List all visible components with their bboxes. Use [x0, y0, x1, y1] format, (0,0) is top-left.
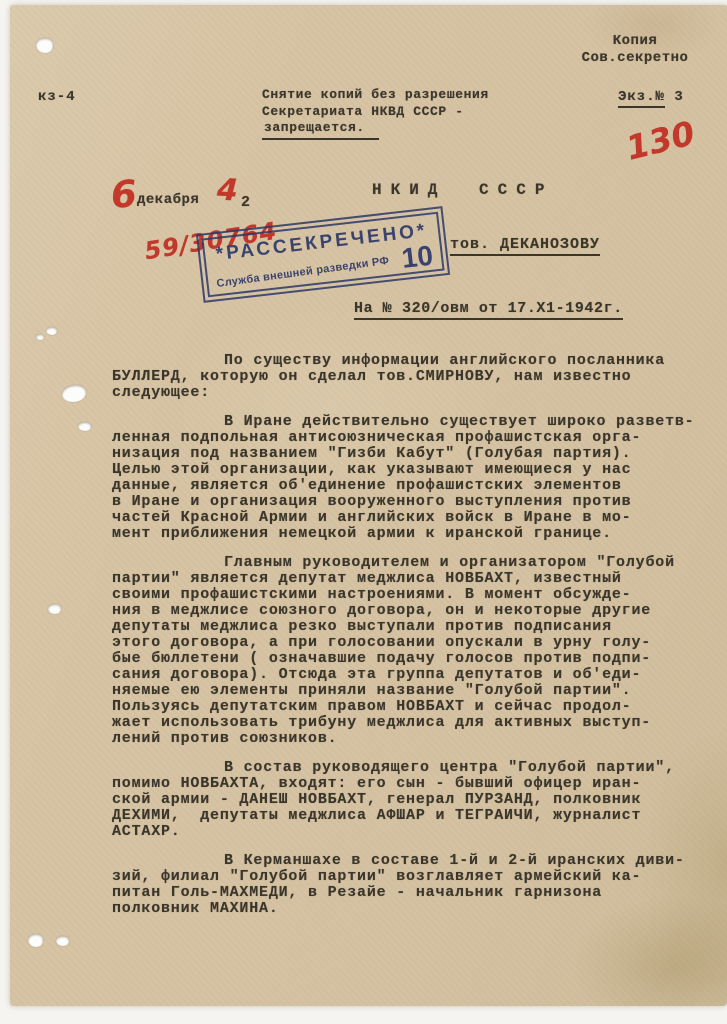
date-year-handwritten: 4 — [216, 172, 239, 208]
copy-label: Копия — [576, 33, 694, 50]
stamp-number: 10 — [401, 245, 434, 270]
declassified-stamp: *РАССЕКРЕЧЕНО* Служба внешней разведки Р… — [196, 206, 450, 303]
paragraph: В Иране действительно существует широко … — [112, 414, 692, 542]
paper-hole — [36, 334, 44, 340]
paper-hole — [56, 936, 69, 946]
paragraph: Главным руководителем и организатором "Г… — [112, 555, 692, 747]
paper-hole — [28, 934, 43, 947]
paper-hole — [46, 327, 57, 335]
addressee: тов. ДЕКАНОЗОВУ — [450, 236, 600, 256]
secrecy-label: Сов.секретно — [576, 50, 694, 67]
copy-number: Экз.№ 3 — [618, 89, 684, 108]
date-month: декабря — [137, 192, 199, 208]
paragraph: В состав руководящего центра "Голубой па… — [112, 760, 692, 840]
date-year-typed: 2 — [241, 194, 250, 211]
classification-block: Копия Сов.секретно — [576, 33, 694, 67]
notice-line: Снятие копий без разрешения — [262, 87, 489, 104]
corner-code: кз-4 — [38, 89, 76, 105]
copy-prohibition-notice: Снятие копий без разрешения Секретариата… — [262, 87, 489, 140]
reference-text: На № 320/овм от 17.X1-1942г. — [354, 300, 623, 320]
red-page-number: 130 — [622, 113, 698, 168]
notice-line: Секретариата НКВД СССР - — [262, 104, 489, 121]
copy-number-label: Экз.№ — [618, 89, 665, 108]
document-body: По существу информации английского посла… — [112, 353, 692, 930]
paper-hole — [48, 604, 61, 614]
paper-hole — [62, 385, 86, 402]
copy-number-value: 3 — [674, 89, 683, 105]
notice-line-underlined: запрещается. — [262, 120, 379, 140]
reference-line: На № 320/овм от 17.X1-1942г. — [354, 300, 623, 320]
paragraph: По существу информации английского посла… — [112, 353, 692, 401]
date-day-handwritten: 6 — [110, 172, 139, 217]
paper-hole — [36, 38, 53, 53]
paragraph: В Керманшахе в составе 1-й и 2-й ирански… — [112, 853, 692, 917]
addressee-text: тов. ДЕКАНОЗОВУ — [450, 236, 600, 256]
org-title: НКИД СССР — [372, 181, 553, 199]
paper-hole — [78, 422, 91, 431]
document-page: Копия Сов.секретно кз-4 Снятие копий без… — [10, 5, 727, 1006]
